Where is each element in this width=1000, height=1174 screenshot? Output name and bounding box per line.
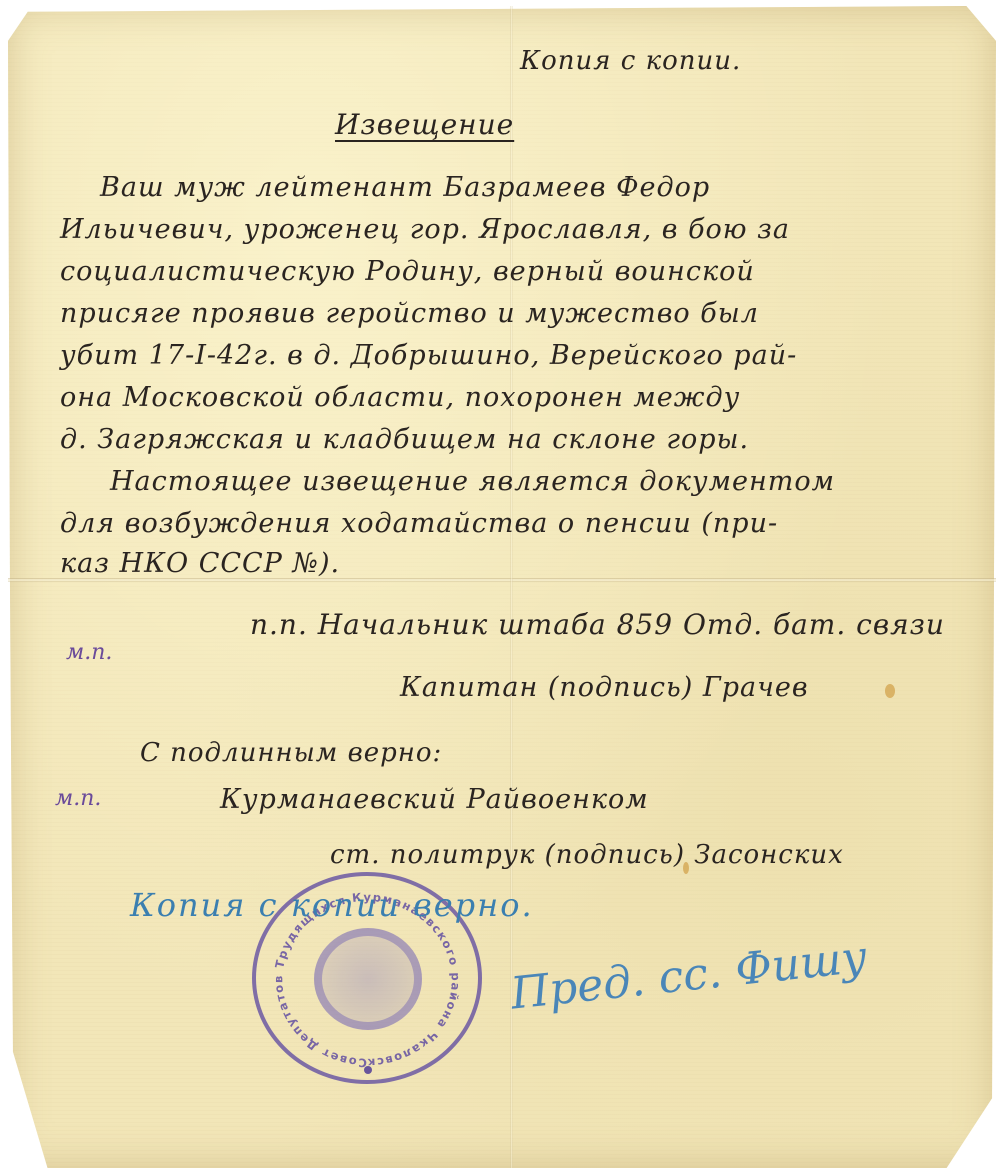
body-line: она Московской области, похоронен между: [60, 382, 740, 413]
body-line: для возбуждения ходатайства о пенсии (пр…: [60, 508, 778, 539]
seal-place-mark: м.п.: [66, 640, 112, 665]
document-title: Извещение: [335, 108, 514, 141]
body-line: Ваш муж лейтенант Базрамеев Федор: [100, 172, 710, 203]
body-line: социалистическую Родину, верный воинской: [60, 256, 755, 287]
seal-place-mark: м.п.: [55, 786, 101, 811]
certified-true-copy-label: С подлинным верно:: [140, 738, 442, 768]
body-line: убит 17-I-42г. в д. Добрышино, Верейског…: [60, 340, 797, 371]
body-line: присяге проявив геройство и мужество был: [60, 298, 759, 329]
signature-military-commissariat: Курманаевский Райвоенком: [220, 784, 649, 815]
body-line: каз НКО СССР №).: [60, 548, 340, 579]
certification-note: Копия с копии верно.: [130, 886, 534, 924]
body-line: Настоящее извещение является документом: [110, 466, 835, 497]
body-line: Ильичевич, уроженец гор. Ярославля, в бо…: [60, 214, 790, 245]
signature-captain: Капитан (подпись) Грачев: [400, 672, 809, 703]
signature-chief-of-staff: п.п. Начальник штаба 859 Отд. бат. связи: [250, 608, 945, 641]
signature-politruk: ст. политрук (подпись) Засонских: [330, 840, 844, 870]
body-line: д. Загряжская и кладбищем на склоне горы…: [60, 424, 749, 455]
copy-header: Копия с копии.: [520, 46, 741, 76]
stain-mark: [885, 684, 895, 698]
stamp-dot: [364, 1066, 372, 1074]
